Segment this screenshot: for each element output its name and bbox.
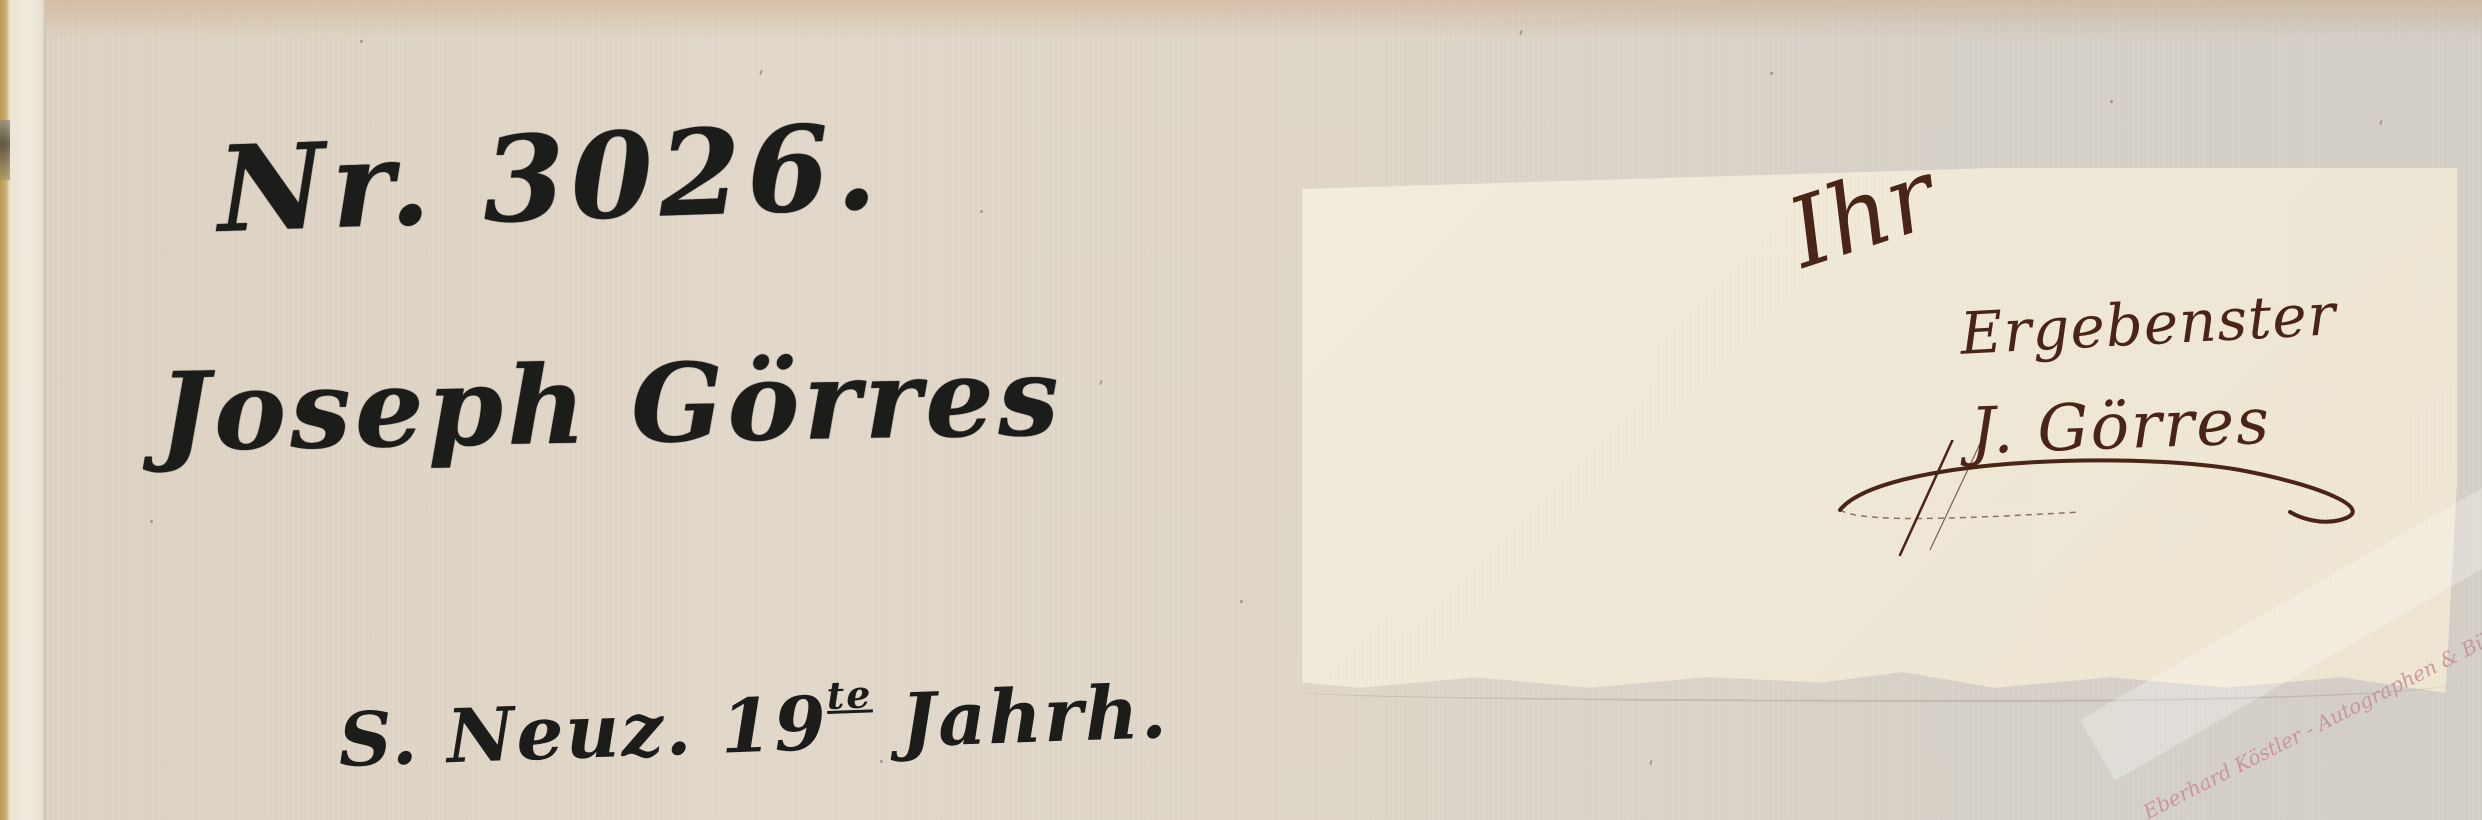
paper-speck (1240, 600, 1243, 603)
period-suffix: Jahrh. (872, 669, 1170, 765)
paper-speck (2110, 100, 2113, 103)
paper-speck (360, 40, 363, 43)
paper-speck (2379, 120, 2383, 125)
paper-speck (759, 70, 763, 75)
document-scan: Nr. 3026. Joseph Görres S. Neuz. 19te Ja… (0, 0, 2482, 820)
period-note: S. Neuz. 19te Jahrh. (337, 661, 1170, 784)
catalogue-number: Nr. 3026. (215, 97, 884, 259)
period-prefix: S. Neuz. 19 (337, 681, 829, 784)
paper-speck (980, 210, 983, 213)
period-superscript: te (826, 671, 873, 718)
paper-speck (1519, 30, 1523, 35)
author-name: Joseph Görres (158, 334, 1064, 476)
paper-speck (1649, 760, 1653, 765)
paper-speck (1099, 380, 1103, 385)
paper-speck (150, 520, 153, 523)
binding-spine (0, 0, 46, 820)
signature-flourish-icon (1820, 440, 2380, 560)
paper-speck (1770, 72, 1773, 75)
